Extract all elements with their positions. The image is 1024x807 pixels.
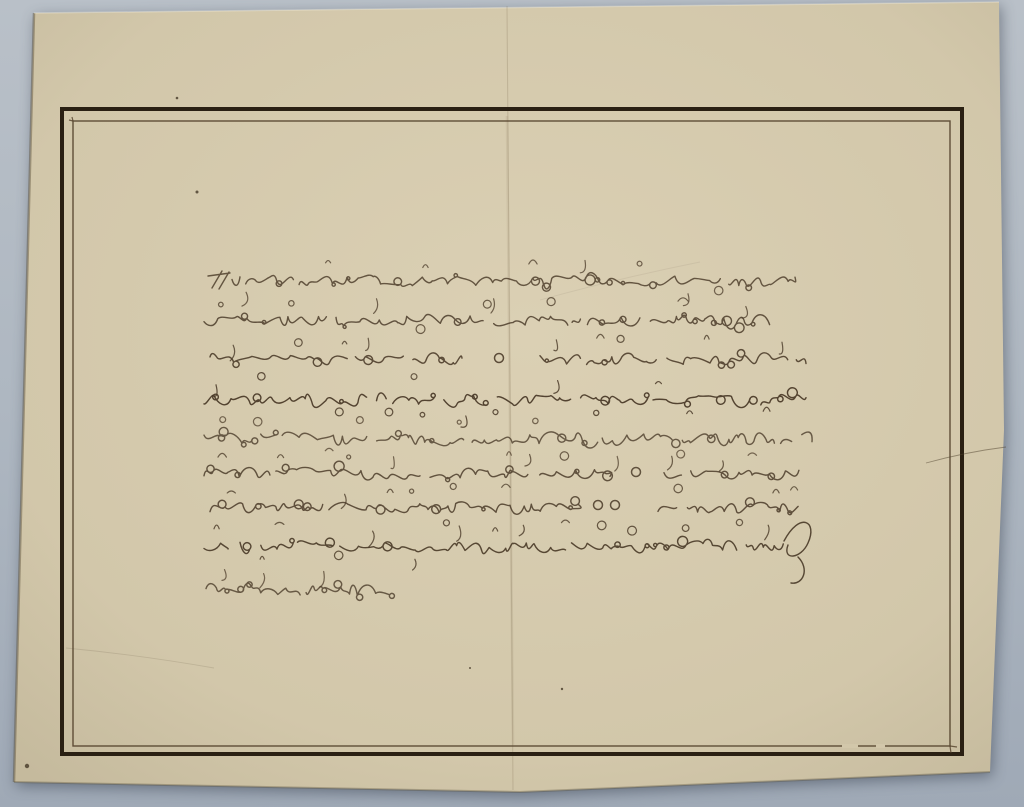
frame-rule-break [876,744,885,748]
ink-speck [25,764,29,768]
ink-speck [469,667,471,669]
ink-speck [561,688,563,690]
ink-speck [176,97,179,100]
photo-backdrop [0,0,1024,807]
ink-speck [196,191,199,194]
manuscript-photograph [0,0,1024,807]
frame-rule-break [842,744,858,748]
manuscript-paper-group [14,2,1006,792]
